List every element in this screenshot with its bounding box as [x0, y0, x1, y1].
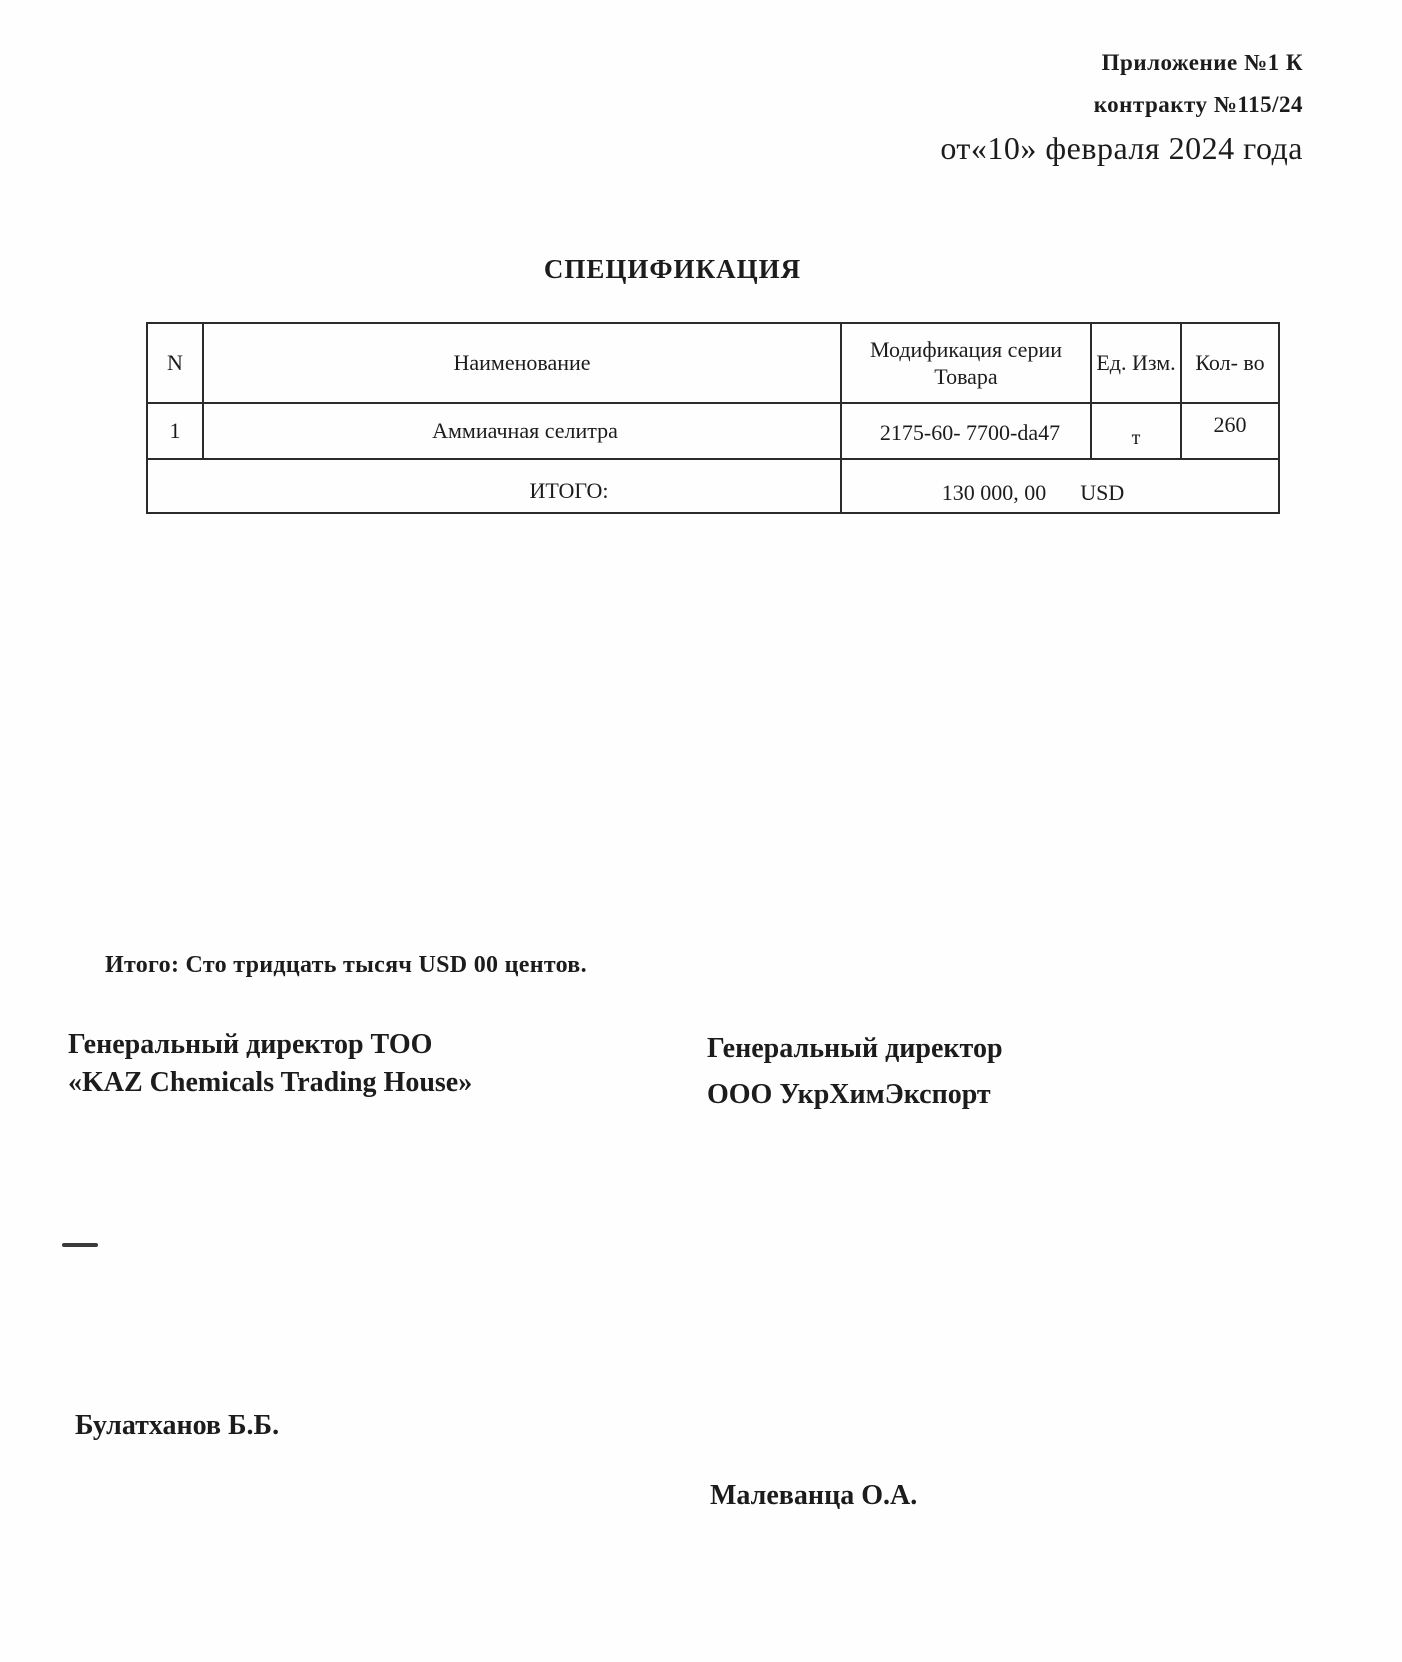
scanned-document-page: Приложение №1 К контракту №115/24 от«10»… — [0, 0, 1402, 1662]
signature-dash — [62, 1243, 98, 1247]
table-header-row: N Наименование Модификация серии Товара … — [147, 323, 1279, 403]
summary-line: Итого: Сто тридцать тысяч USD 00 центов. — [105, 952, 587, 979]
cell-n: 1 — [147, 403, 203, 459]
signature-right-line2: ООО УкрХимЭкспорт — [707, 1072, 1003, 1118]
col-qty-header: Кол- во — [1181, 323, 1279, 403]
signature-right-title: Генеральный директор ООО УкрХимЭкспорт — [707, 1026, 1003, 1118]
signer-right-name: Малеванца О.А. — [710, 1480, 917, 1512]
doc-title: СПЕЦИФИКАЦИЯ — [0, 254, 1345, 285]
date-line: от«10» февраля 2024 года — [940, 126, 1303, 170]
table-total-row: ИТОГО: 130 000, 00USD — [147, 459, 1279, 513]
signer-left-name: Булатханов Б.Б. — [75, 1410, 279, 1442]
signature-left-title: Генеральный директор ТОО «KAZ Chemicals … — [68, 1026, 472, 1102]
contract-line: контракту №115/24 — [940, 84, 1303, 126]
totals-label-cell: ИТОГО: — [147, 459, 841, 513]
signature-right-line1: Генеральный директор — [707, 1026, 1003, 1072]
appendix-line: Приложение №1 К — [940, 42, 1303, 84]
table-row: 1 Аммиачная селитра 2175-60- 7700-da47 т… — [147, 403, 1279, 459]
total-currency: USD — [1080, 480, 1124, 505]
doc-header: Приложение №1 К контракту №115/24 от«10»… — [940, 42, 1303, 170]
total-amount: 130 000, 00 — [942, 480, 1047, 505]
signature-left-line2: «KAZ Chemicals Trading House» — [68, 1064, 472, 1102]
cell-qty: 260 — [1181, 403, 1279, 459]
cell-modification: 2175-60- 7700-da47 — [841, 403, 1091, 459]
col-name-header: Наименование — [203, 323, 841, 403]
col-n-header: N — [147, 323, 203, 403]
col-modification-header: Модификация серии Товара — [841, 323, 1091, 403]
cell-name: Аммиачная селитра — [203, 403, 841, 459]
col-unit-header: Ед. Изм. — [1091, 323, 1181, 403]
specification-table: N Наименование Модификация серии Товара … — [146, 322, 1280, 514]
signature-left-line1: Генеральный директор ТОО — [68, 1026, 472, 1064]
cell-unit: т — [1091, 403, 1181, 459]
totals-amount-cell: 130 000, 00USD — [841, 459, 1279, 513]
